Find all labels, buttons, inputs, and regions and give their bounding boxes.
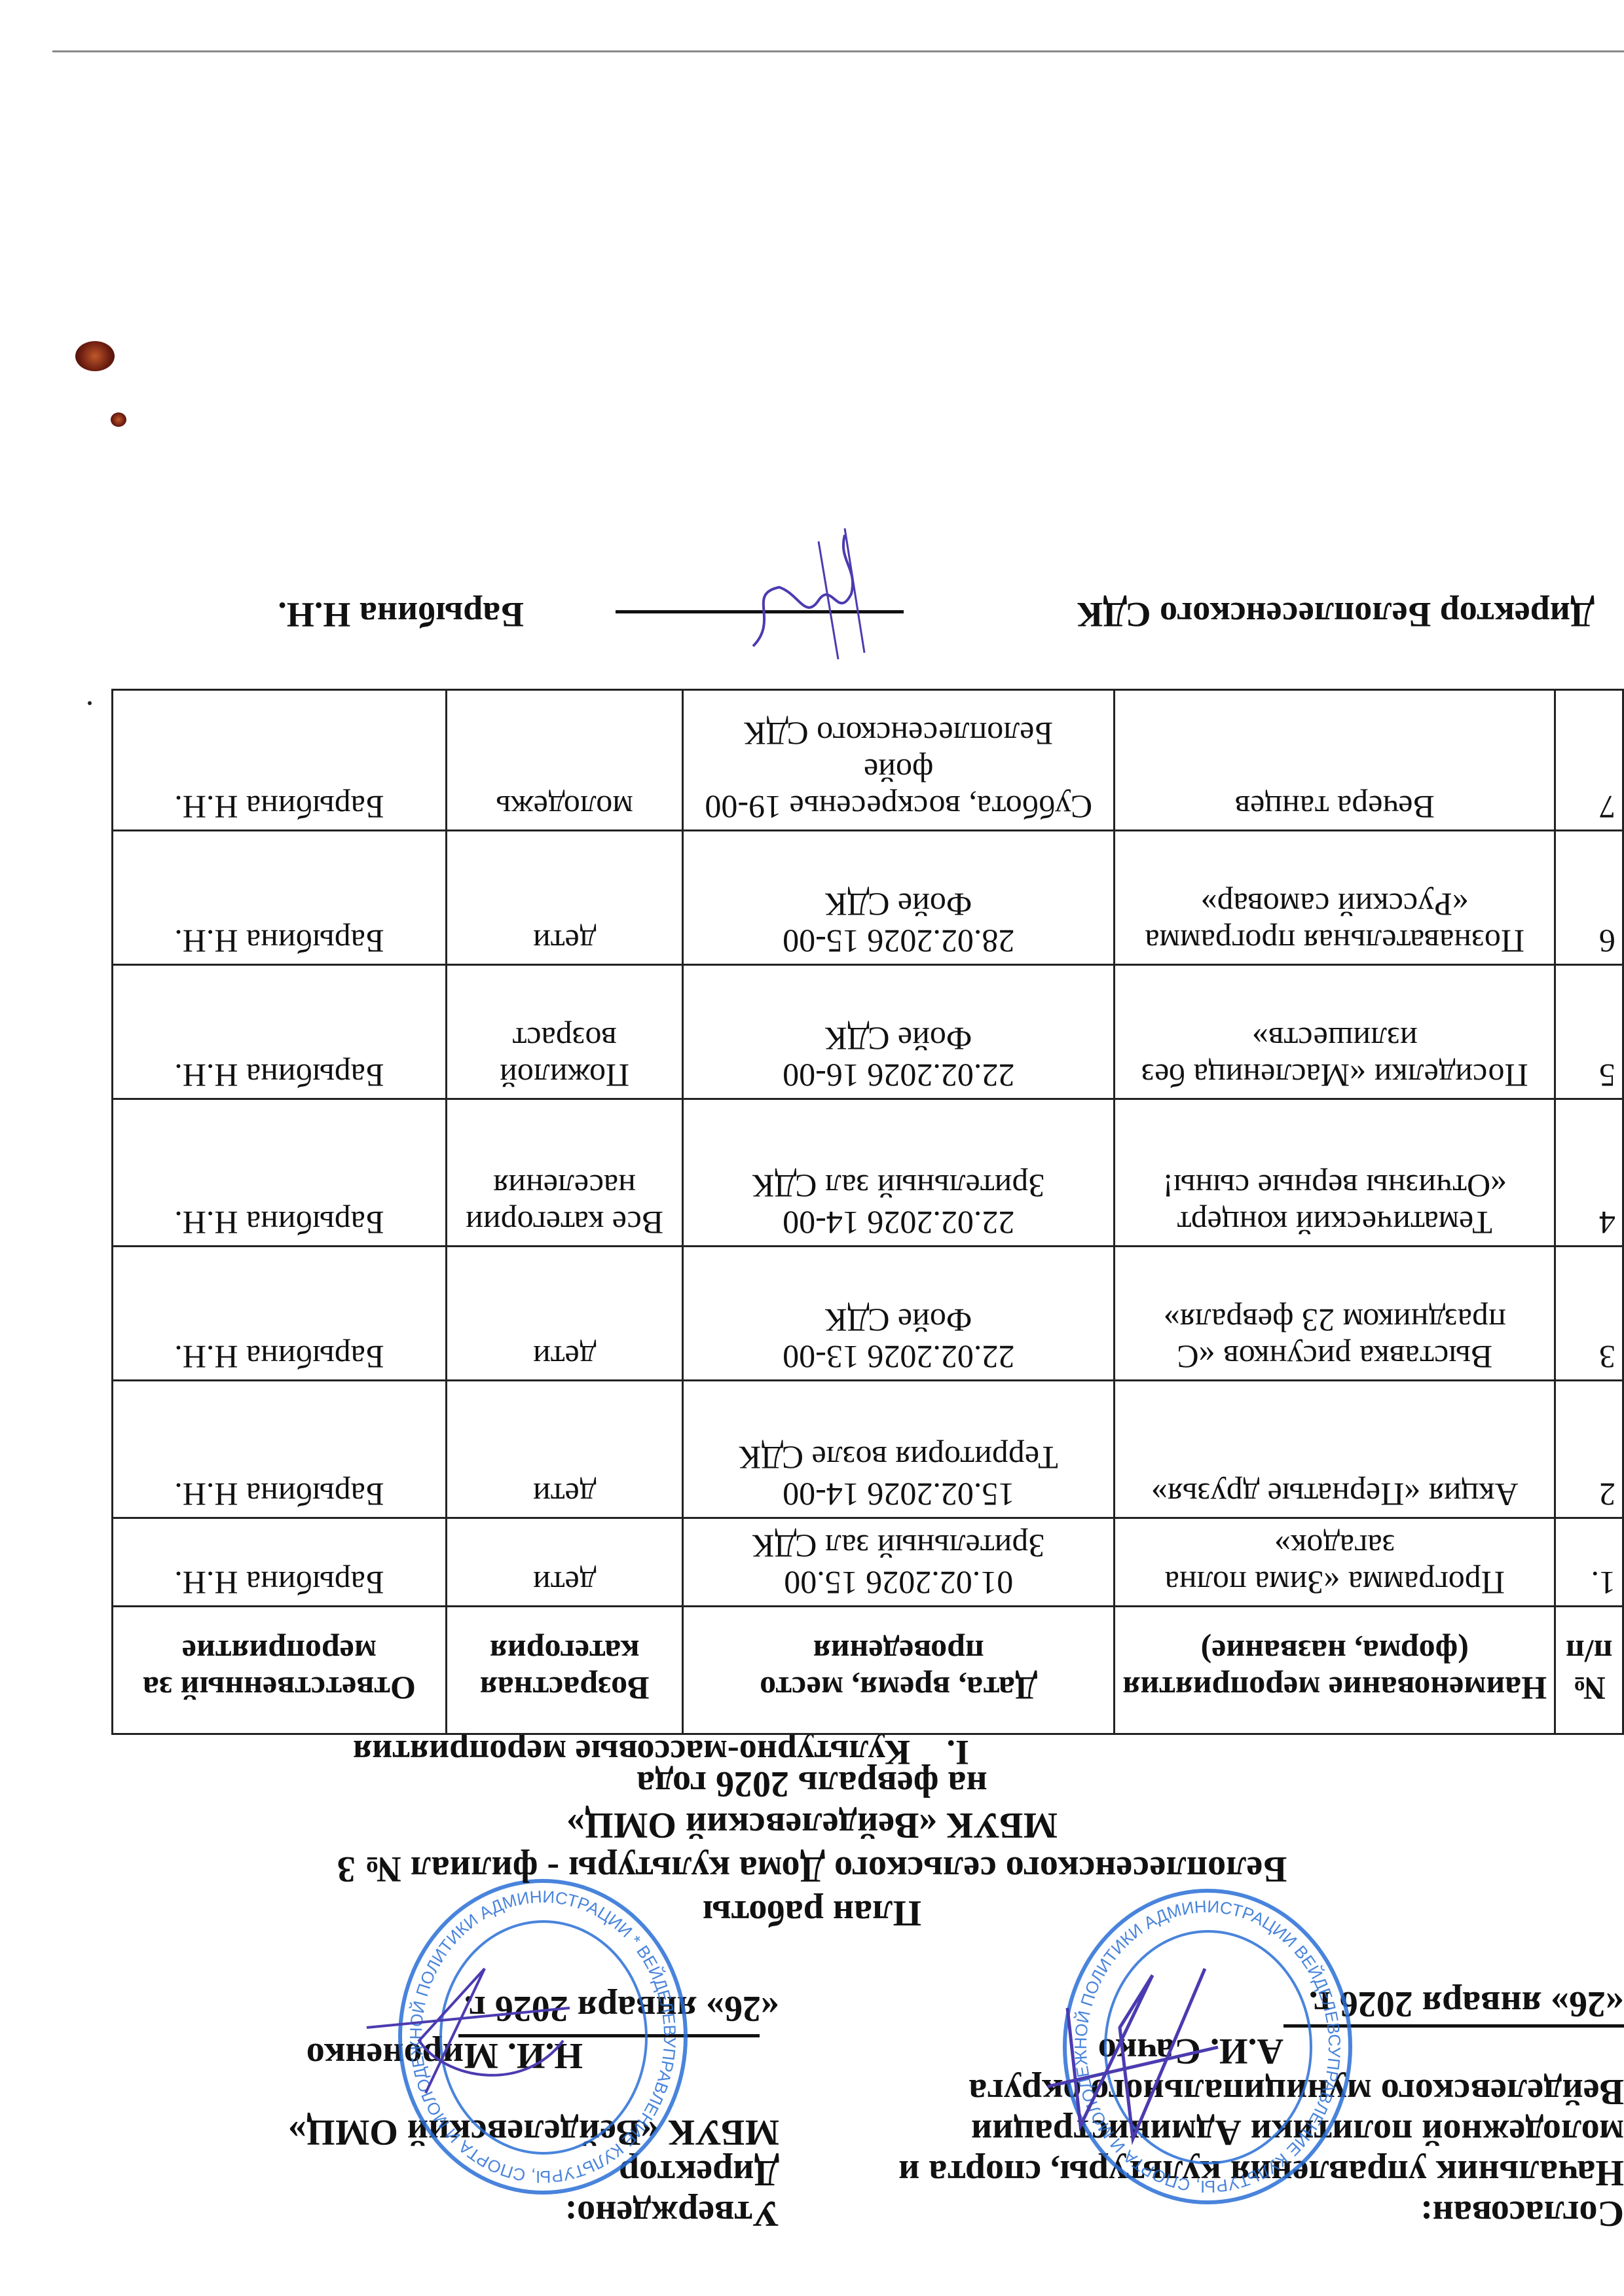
cell-date: 28.02.2026 15-00Фойе СДК — [683, 831, 1115, 965]
events-table: № п/п Наименование мероприятия (форма, н… — [111, 689, 1624, 1735]
table-row: 7Вечера танцевСуббота, воскресенье 19-00… — [113, 690, 1623, 831]
cell-responsible: Барыбина Н.Н. — [113, 1518, 447, 1607]
cell-num: 1. — [1555, 1518, 1623, 1607]
cell-responsible: Барыбина Н.Н. — [113, 1381, 447, 1518]
table-row: 6Познавательная программа «Русский самов… — [113, 831, 1623, 965]
cell-date: 22.02.2026 16-00Фойе СДК — [683, 965, 1115, 1099]
cell-age: дети — [446, 1518, 683, 1607]
cell-age: Все категории населения — [446, 1099, 683, 1247]
header-num: № п/п — [1555, 1607, 1623, 1734]
table-row: 5Посиделки «Масленица без излишеств»22.0… — [113, 965, 1623, 1099]
header-date: Дата, время, место проведения — [683, 1607, 1115, 1734]
cell-age: Пожилой возраст — [446, 965, 683, 1099]
footer-signature — [727, 522, 877, 659]
event-place: Фойе СДК — [690, 1021, 1107, 1057]
ink-spot-small — [111, 412, 126, 427]
event-date-time: 28.02.2026 15-00 — [690, 923, 1107, 960]
cell-name: Акция «Пернатые друзья» — [1115, 1381, 1555, 1518]
cell-date: 01.02.2026 15.00Зрительный зал СДК — [683, 1518, 1115, 1607]
header-name: Наименование мероприятия (форма, названи… — [1115, 1607, 1555, 1734]
doc-subtitle-org: Белоплесенского сельского Дома культуры … — [0, 1848, 1624, 1890]
cell-responsible: Барыбина Н.Н. — [113, 1247, 447, 1381]
document-page: Согласован: Начальник управления культур… — [0, 0, 1624, 2296]
event-date-time: 01.02.2026 15.00 — [690, 1565, 1107, 1601]
cell-name: Тематический концерт «Отчизны верные сын… — [1115, 1099, 1555, 1247]
doc-subtitle-parent: МБУК «Вейделевский ОМЦ» — [0, 1804, 1624, 1846]
event-place: Зрительный зал СДК — [690, 1528, 1107, 1565]
cell-num: 6 — [1555, 831, 1623, 965]
cell-name: Программа «Зима полна загадок» — [1115, 1518, 1555, 1607]
event-date-time: 15.02.2026 14-00 — [690, 1476, 1107, 1513]
cell-responsible: Барыбина Н.Н. — [113, 690, 447, 831]
table-row: 3Выставка рисунков «С праздником 23 февр… — [113, 1247, 1623, 1381]
section-title: Культурно-массовые мероприятия — [353, 1733, 910, 1772]
signature-sachko — [1035, 1949, 1231, 2165]
cell-age: дети — [446, 831, 683, 965]
cell-date: Суббота, воскресенье 19-00 фойеБелоплесе… — [683, 690, 1115, 831]
header-responsible: Ответственный за мероприятие — [113, 1607, 447, 1734]
cell-name: Познавательная программа «Русский самова… — [1115, 831, 1555, 965]
cell-age: дети — [446, 1247, 683, 1381]
table-header-row: № п/п Наименование мероприятия (форма, н… — [113, 1607, 1623, 1734]
event-date-time: 22.02.2026 14-00 — [690, 1205, 1107, 1241]
event-place: Зрительный зал СДК — [690, 1168, 1107, 1205]
cell-responsible: Барыбина Н.Н. — [113, 965, 447, 1099]
ink-spot — [75, 341, 115, 371]
cell-responsible: Барыбина Н.Н. — [113, 1099, 447, 1247]
cell-num: 5 — [1555, 965, 1623, 1099]
event-date-time: 22.02.2026 13-00 — [690, 1339, 1107, 1376]
cell-age: дети — [446, 1381, 683, 1518]
stray-dot — [88, 701, 92, 705]
approved-label: Утверждено: — [0, 2193, 779, 2234]
cell-name: Посиделки «Масленица без излишеств» — [1115, 965, 1555, 1099]
cell-num: 2 — [1555, 1381, 1623, 1518]
signature-mironenko — [360, 1956, 576, 2119]
table-row: 2Акция «Пернатые друзья»15.02.2026 14-00… — [113, 1381, 1623, 1518]
event-date-time: Суббота, воскресенье 19-00 фойе — [690, 752, 1107, 826]
footer-name: Барыбина Н.Н. — [278, 595, 524, 634]
scan-edge-line — [52, 50, 1624, 52]
cell-num: 3 — [1555, 1247, 1623, 1381]
header-age: Возрастная категория — [446, 1607, 683, 1734]
event-place: Белоплесенского СДК — [690, 716, 1107, 752]
cell-responsible: Барыбина Н.Н. — [113, 831, 447, 965]
cell-num: 7 — [1555, 690, 1623, 831]
table-row: 4Тематический концерт «Отчизны верные сы… — [113, 1099, 1623, 1247]
cell-date: 15.02.2026 14-00Территория возле СДК — [683, 1381, 1115, 1518]
cell-num: 4 — [1555, 1099, 1623, 1247]
section-number: I. — [946, 1733, 969, 1772]
cell-name: Выставка рисунков «С праздником 23 февра… — [1115, 1247, 1555, 1381]
event-place: Фойе СДК — [690, 886, 1107, 923]
cell-age: молодежь — [446, 690, 683, 831]
table-row: 1.Программа «Зима полна загадок»01.02.20… — [113, 1518, 1623, 1607]
doc-title: План работы — [0, 1892, 1624, 1934]
cell-date: 22.02.2026 14-00Зрительный зал СДК — [683, 1099, 1115, 1247]
cell-name: Вечера танцев — [1115, 690, 1555, 831]
footer-position: Директор Белоплесенского СДК — [1077, 595, 1595, 634]
event-date-time: 22.02.2026 16-00 — [690, 1057, 1107, 1094]
event-place: Фойе СДК — [690, 1302, 1107, 1339]
event-place: Территория возле СДК — [690, 1440, 1107, 1476]
cell-date: 22.02.2026 13-00Фойе СДК — [683, 1247, 1115, 1381]
